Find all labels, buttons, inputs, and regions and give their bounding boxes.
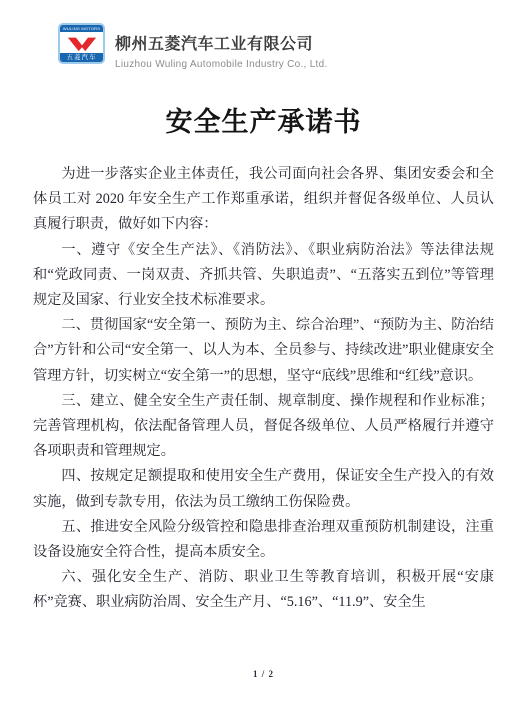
document-body: 为进一步落实企业主体责任，我公司面向社会各界、集团安委会和全体员工对 2020 … bbox=[33, 162, 494, 616]
company-logo: WULING MOTORS 五菱汽车 bbox=[58, 23, 105, 64]
logo-mark-area bbox=[60, 32, 103, 53]
company-name-en: Liuzhou Wuling Automobile Industry Co., … bbox=[115, 59, 328, 70]
logo-top-band: WULING MOTORS bbox=[60, 25, 103, 32]
paragraph-intro: 为进一步落实企业主体责任，我公司面向社会各界、集团安委会和全体员工对 2020 … bbox=[33, 162, 494, 238]
wuling-w-icon bbox=[65, 34, 99, 52]
page-footer: 1 / 2 bbox=[0, 664, 527, 682]
company-name-block: 柳州五菱汽车工业有限公司 Liuzhou Wuling Automobile I… bbox=[115, 31, 328, 70]
paragraph-item-2: 二、贯彻国家“安全第一、预防为主、综合治理”、“预防为主、防治结合”方针和公司“… bbox=[33, 313, 494, 389]
paragraph-item-5: 五、推进安全风险分级管控和隐患排查治理双重预防机制建设，注重设备设施安全符合性，… bbox=[33, 515, 494, 565]
company-header: WULING MOTORS 五菱汽车 柳州五菱汽车工业有限公司 Liuzhou … bbox=[58, 23, 328, 70]
paragraph-item-3: 三、建立、健全安全生产责任制、规章制度、操作规程和作业标准；完善管理机构，依法配… bbox=[33, 389, 494, 465]
company-name-cn: 柳州五菱汽车工业有限公司 bbox=[115, 31, 328, 54]
document-title: 安全生产承诺书 bbox=[0, 100, 527, 139]
page-number: 1 / 2 bbox=[253, 669, 274, 679]
logo-bottom-band: 五菱汽车 bbox=[60, 53, 103, 62]
paragraph-item-6: 六、强化安全生产、消防、职业卫生等教育培训，积极开展“安康杯”竞赛、职业病防治周… bbox=[33, 565, 494, 615]
paragraph-item-1: 一、遵守《安全生产法》、《消防法》、《职业病防治法》等法律法规和“党政同责、一岗… bbox=[33, 238, 494, 314]
document-page: WULING MOTORS 五菱汽车 柳州五菱汽车工业有限公司 Liuzhou … bbox=[0, 0, 527, 714]
paragraph-item-4: 四、按规定足额提取和使用安全生产费用，保证安全生产投入的有效实施，做到专款专用，… bbox=[33, 464, 494, 514]
